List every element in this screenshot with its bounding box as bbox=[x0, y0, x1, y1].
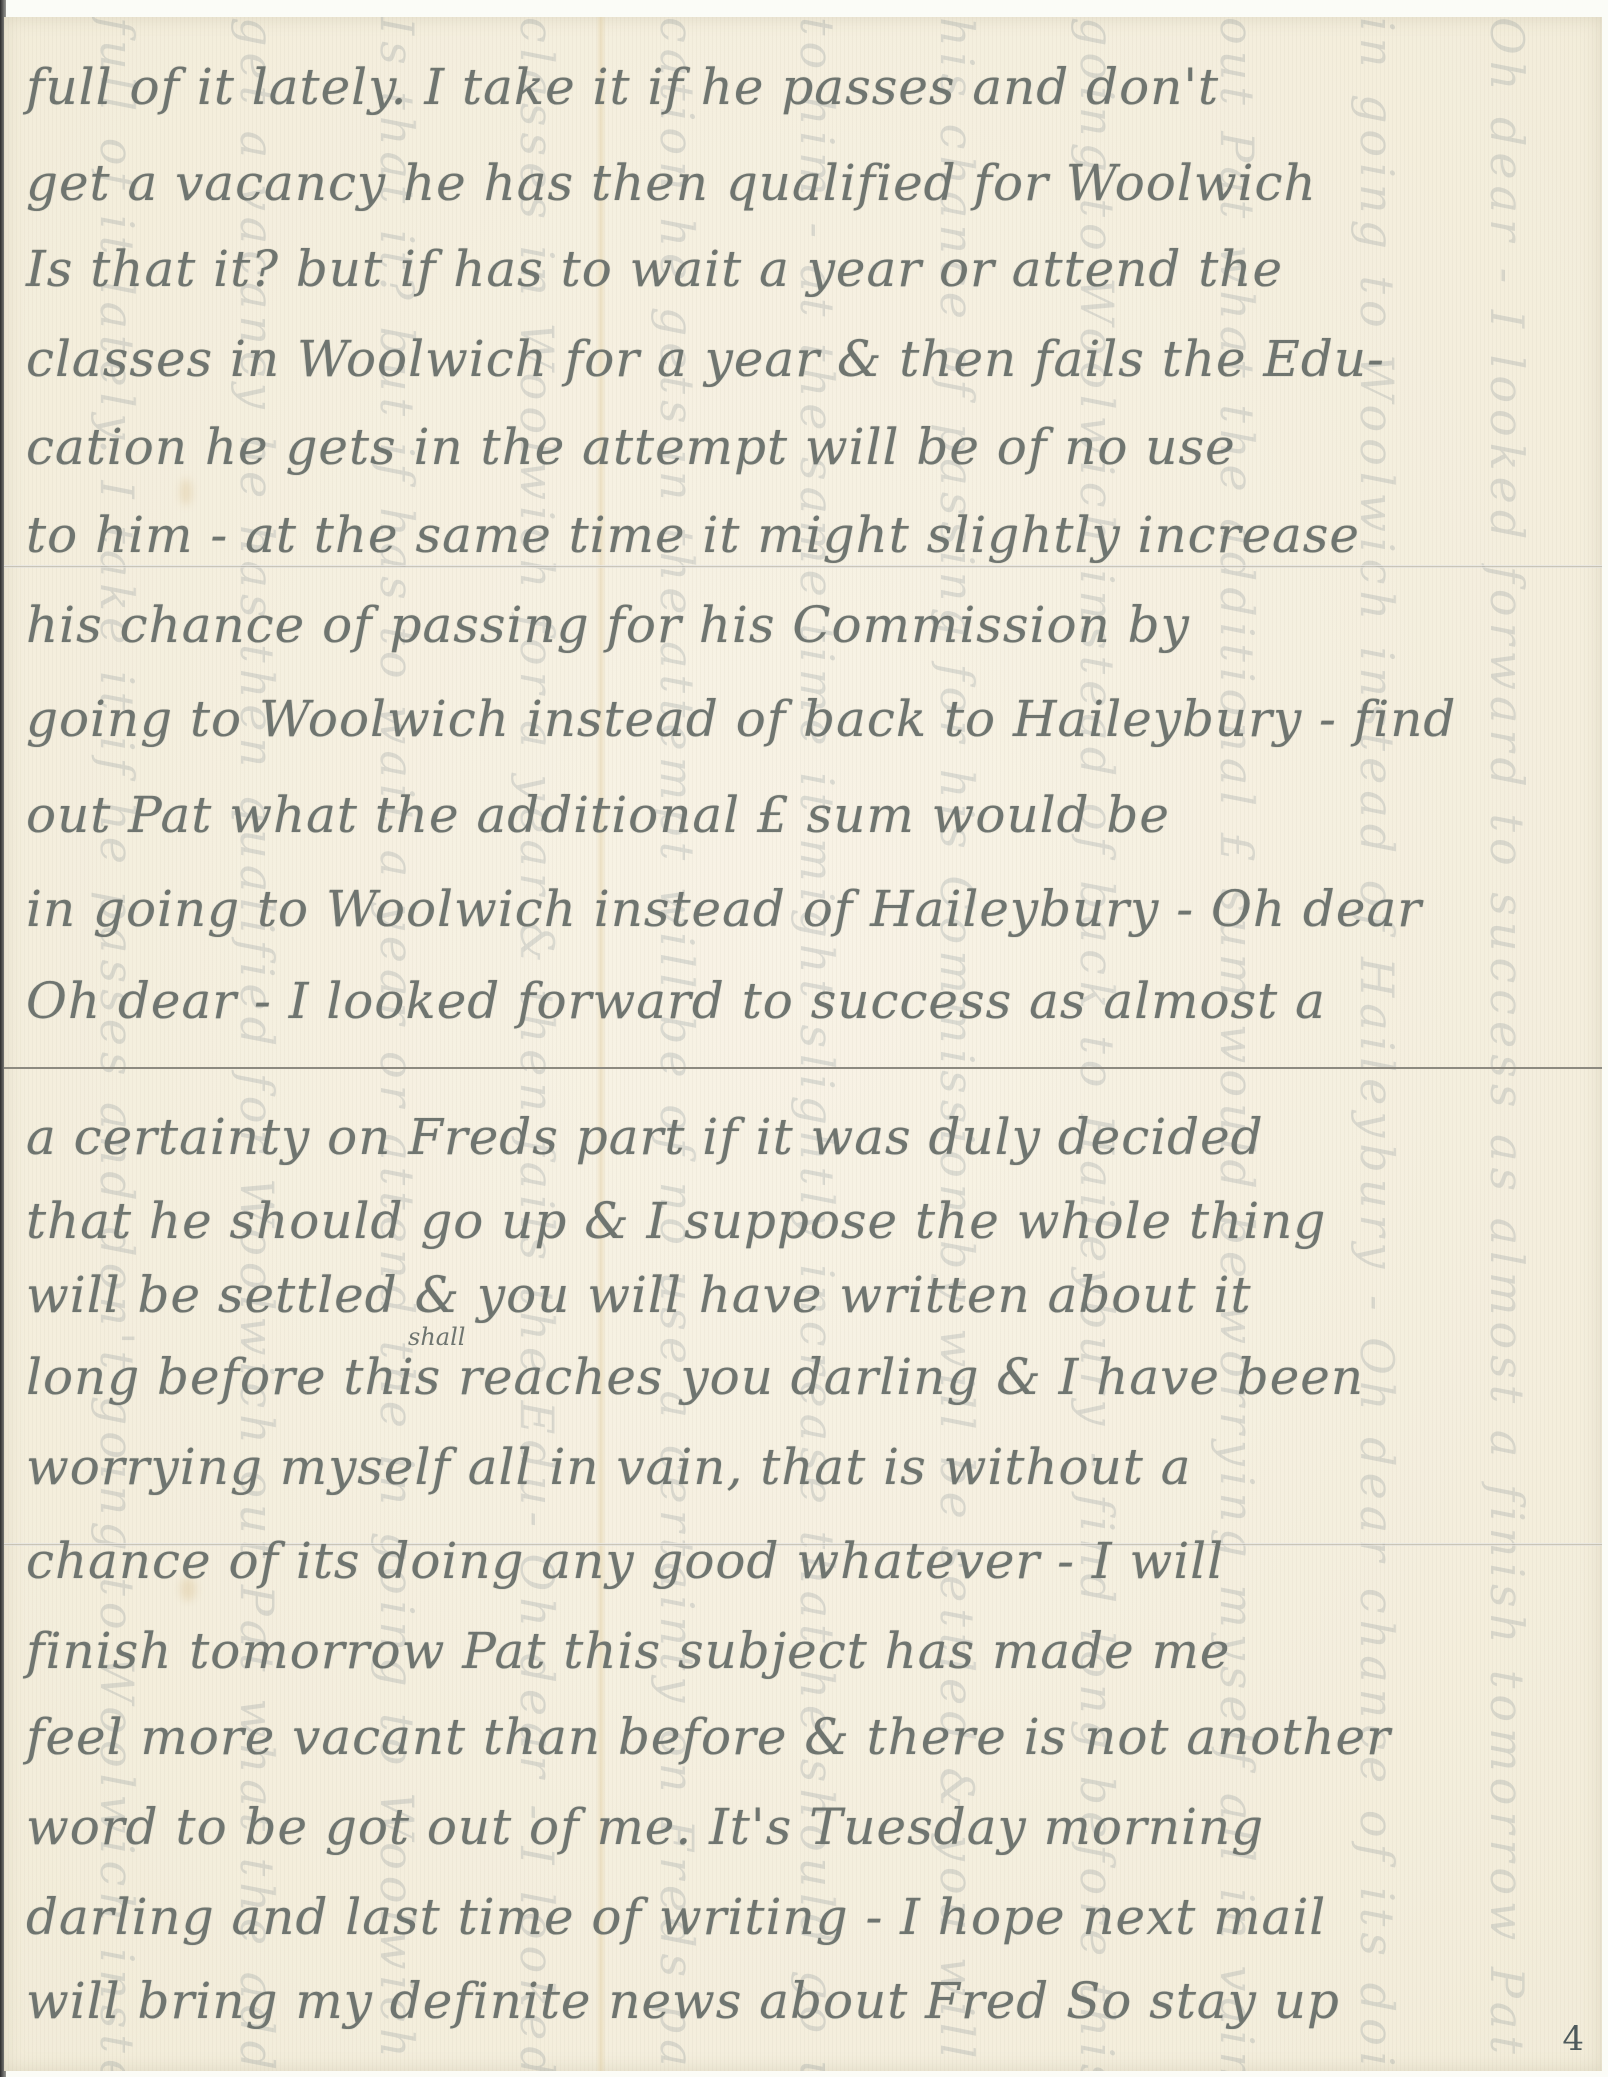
text-line: finish tomorrow Pat this subject has mad… bbox=[26, 1621, 1586, 1681]
text-line: Oh dear - I looked forward to success as… bbox=[26, 971, 1586, 1031]
text-line: cation he gets in the attempt will be of… bbox=[26, 417, 1586, 477]
text-line: Is that it? but if has to wait a year or… bbox=[26, 239, 1586, 299]
page-mark: 4 bbox=[1562, 2019, 1584, 2059]
text-line: will bring my definite news about Fred S… bbox=[26, 1971, 1586, 2031]
text-line: will be settled & you will have written … bbox=[26, 1265, 1586, 1325]
scanned-letter-page: full of it lately. I take it if he passe… bbox=[0, 0, 1608, 2077]
text-line: worrying myself all in vain, that is wit… bbox=[26, 1437, 1586, 1497]
text-line: long before this reaches you darling & I… bbox=[26, 1347, 1586, 1407]
inserted-word: shall bbox=[408, 1323, 465, 1351]
text-line: in going to Woolwich instead of Haileybu… bbox=[26, 879, 1586, 939]
text-line: feel more vacant than before & there is … bbox=[26, 1707, 1586, 1767]
text-line: chance of its doing any good whatever - … bbox=[26, 1531, 1586, 1591]
text-line: to him - at the same time it might sligh… bbox=[26, 505, 1586, 565]
text-line: classes in Woolwich for a year & then fa… bbox=[26, 329, 1586, 389]
text-line: out Pat what the additional £ sum would … bbox=[26, 785, 1586, 845]
text-line: darling and last time of writing - I hop… bbox=[26, 1887, 1586, 1947]
letter-paper: full of it lately. I take it if he passe… bbox=[4, 17, 1602, 2071]
text-line: full of it lately. I take it if he passe… bbox=[26, 57, 1586, 117]
text-line: his chance of passing for his Commission… bbox=[26, 595, 1586, 655]
text-line: get a vacancy he has then qualified for … bbox=[26, 153, 1586, 213]
text-line: word to be got out of me. It's Tuesday m… bbox=[26, 1797, 1586, 1857]
text-line: that he should go up & I suppose the who… bbox=[26, 1191, 1586, 1251]
text-line: going to Woolwich instead of back to Hai… bbox=[26, 689, 1586, 749]
text-line: a certainty on Freds part if it was duly… bbox=[26, 1107, 1586, 1167]
handwritten-text: full of it lately. I take it if he passe… bbox=[4, 17, 1602, 2071]
